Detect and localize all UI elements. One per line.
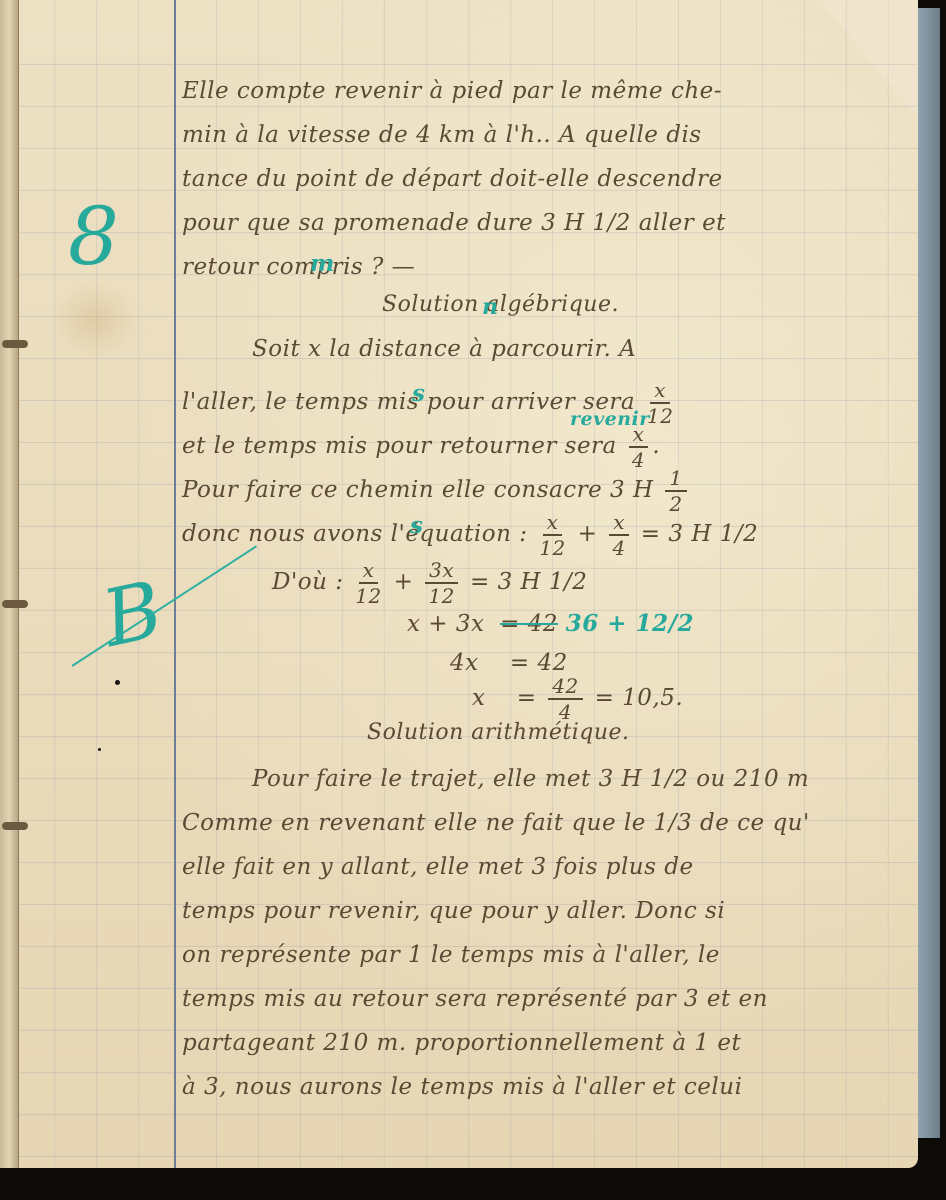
text-line: tance du point de départ doit-elle desce… <box>182 166 723 192</box>
text-line: Pour faire le trajet, elle met 3 H 1/2 o… <box>252 766 809 792</box>
text-line: on représente par 1 le temps mis à l'all… <box>182 942 720 968</box>
grade-mark-top: 8 <box>68 190 119 283</box>
text-line: partageant 210 m. proportionnellement à … <box>182 1030 741 1056</box>
text-line: elle fait en y allant, elle met 3 fois p… <box>182 854 694 880</box>
text-line: temps mis au retour sera représenté par … <box>182 986 768 1012</box>
binding-thread <box>2 340 28 348</box>
text-line: retour compris ? — m <box>182 254 415 280</box>
section-title-arithmetic: Solution arithmétique. <box>367 720 630 745</box>
notebook-cover-edge <box>918 8 940 1138</box>
binding-thread <box>2 822 28 830</box>
text-line: min à la vitesse de 4 km à l'h.. A quell… <box>182 122 702 148</box>
teacher-correction: 36 + 12/2 <box>566 610 694 637</box>
section-title-algebraic: Solution algébrique. n <box>382 292 619 317</box>
teacher-correction: revenir <box>570 408 650 430</box>
text-line: à 3, nous aurons le temps mis à l'aller … <box>182 1074 742 1100</box>
text-line: temps pour revenir, que pour y aller. Do… <box>182 898 725 924</box>
text-line: donc nous avons l'équation : x12 + x4 = … <box>182 512 758 558</box>
fraction-one-half: 12 <box>665 468 686 514</box>
text-line: et le temps mis pour retourner sera x4. … <box>182 424 660 470</box>
text-line: Soit x la distance à parcourir. A <box>252 336 636 362</box>
ink-dot <box>115 680 120 685</box>
grade-mark-bottom: B <box>95 565 170 665</box>
equation-line: D'où : x12 + 3x12 = 3 H 1/2 <box>272 560 587 606</box>
margin-line <box>174 0 176 1168</box>
binding-spine <box>0 0 19 1168</box>
teacher-correction: s <box>410 512 423 539</box>
equation-line: x + 3x = 42 36 + 12/2 <box>407 610 694 637</box>
fraction-x-over-4: x4 <box>629 424 649 470</box>
text-line: Pour faire ce chemin elle consacre 3 H 1… <box>182 468 691 514</box>
teacher-correction: m <box>310 250 335 277</box>
page-fold <box>820 0 918 120</box>
text-line: Comme en revenant elle ne fait que le 1/… <box>182 810 810 836</box>
notebook-page: 8 B Elle compte revenir à pied par le mê… <box>0 0 918 1168</box>
text-line: Elle compte revenir à pied par le même c… <box>182 78 722 104</box>
binding-thread <box>2 600 28 608</box>
teacher-correction: n <box>482 294 499 320</box>
teacher-correction: s <box>412 380 425 407</box>
paper-stain <box>50 280 140 360</box>
fraction-x-over-12: x12 <box>647 380 673 426</box>
equation-line: x = 424 = 10,5. <box>472 676 683 722</box>
text-line: pour que sa promenade dure 3 H 1/2 aller… <box>182 210 726 236</box>
ink-dot <box>98 748 101 751</box>
equation-line: 4x = 42 <box>450 650 568 676</box>
